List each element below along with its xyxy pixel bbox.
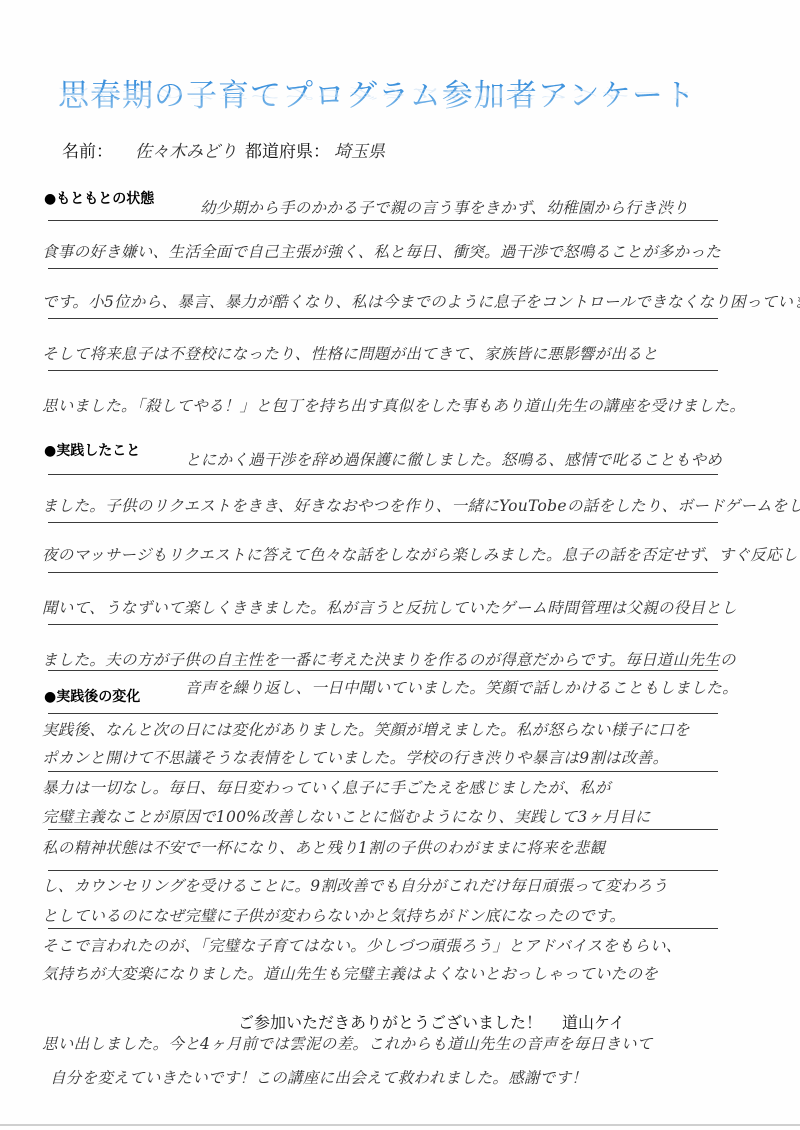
answer-line: ました。夫の方が子供の自主性を一番に考えた決まりを作るのが得意だからです。毎日道…: [42, 648, 736, 670]
section-label-after-practice: ●実践後の変化: [44, 686, 140, 706]
answer-line: ました。子供のリクエストをきき、好きなおやつを作り、一緒にYouTobeの話をし…: [42, 494, 800, 516]
name-label: 名前：: [62, 142, 113, 162]
answer-line: そこで言われたのが、「完璧な子育てはない。少しづつ頑張ろう」とアドバイスをもらい…: [42, 934, 682, 956]
answer-rule: [48, 771, 718, 772]
answer-line: 私の精神状態は不安で一杯になり、あと残り1割の子供のわがままに将来を悲観: [42, 836, 605, 858]
section-label-practice: ●実践したこと: [44, 440, 140, 460]
answer-line: ポカンと開けて不思議そうな表情をしていました。学校の行き渋りや暴言は9割は改善。: [42, 746, 668, 768]
answer-rule: [48, 713, 718, 714]
answer-line: です。小5位から、暴言、暴力が酷くなり、私は今までのように息子をコントロールでき…: [42, 290, 800, 312]
answer-line: とにかく過干渉を辞め過保護に徹しました。怒鳴る、感情で叱ることもやめ: [185, 448, 722, 470]
answer-rule: [48, 268, 718, 269]
answer-rule: [48, 870, 718, 871]
answer-rule: [48, 220, 718, 221]
answer-line: 思いました。「殺してやる！」と包丁を持ち出す真似をした事もあり道山先生の講座を受…: [42, 394, 745, 416]
title-reflection: 思春期の子育てプログラム参加者アンケート: [58, 84, 738, 104]
name-value: 佐々木みどり: [135, 142, 237, 162]
prefecture-label: 都道府県：: [245, 142, 330, 162]
answer-rule: [48, 928, 718, 929]
signature: 道山ケイ: [562, 1013, 625, 1032]
answer-line: 音声を繰り返し、一日中聞いていました。笑顔で話しかけることもしました。: [185, 676, 738, 698]
survey-page: 思春期の子育てプログラム参加者アンケート 思春期の子育てプログラム参加者アンケー…: [0, 0, 800, 1130]
answer-line: し、カウンセリングを受けることに。9割改善でも自分がこれだけ毎日頑張って変わろう: [42, 874, 668, 896]
answer-rule: [48, 670, 718, 671]
answer-rule: [48, 829, 718, 830]
answer-line: 気持ちが大変楽になりました。道山先生も完璧主義はよくないとおっしゃっていたのを: [42, 962, 658, 984]
answer-rule: [48, 370, 718, 371]
answer-rule: [48, 572, 718, 573]
answer-line: 夜のマッサージもリクエストに答えて色々な話をしながら楽しみました。息子の話を否定…: [42, 543, 800, 565]
page-edge: [0, 1124, 800, 1126]
respondent-info: 名前：佐々木みどり都道府県：埼玉県: [62, 137, 393, 162]
answer-line: 自分を変えていきたいです！この講座に出会えて救われました。感謝です！: [50, 1066, 587, 1088]
section-label-original-state: ●もともとの状態: [44, 188, 154, 208]
answer-line: 聞いて、うなずいて楽しくききました。私が言うと反抗していたゲーム時間管理は父親の…: [42, 596, 737, 618]
answer-line: 完璧主義なことが原因で100%改善しないことに悩むようになり、実践して3ヶ月目に: [42, 805, 651, 827]
thanks-message: ご参加いただきありがとうございました！道山ケイ: [238, 1010, 625, 1033]
prefecture-value: 埼玉県: [334, 142, 385, 162]
thanks-text: ご参加いただきありがとうございました！: [238, 1013, 542, 1032]
answer-rule: [48, 522, 718, 523]
answer-line: 実践後、なんと次の日には変化がありました。笑顔が増えました。私が怒らない様子に口…: [42, 718, 690, 740]
answer-line: 食事の好き嫌い、生活全面で自己主張が強く、私と毎日、衝突。過干渉で怒鳴ることが多…: [42, 240, 721, 262]
answer-line: 幼少期から手のかかる子で親の言う事をきかず、幼稚園から行き渋り: [200, 196, 689, 218]
answer-line: 思い出しました。今と4ヶ月前では雲泥の差。これからも道山先生の音声を毎日きいて: [42, 1032, 653, 1054]
answer-line: としているのになぜ完璧に子供が変わらないかと気持ちがドン底になったのです。: [42, 904, 625, 926]
answer-rule: [48, 318, 718, 319]
answer-line: そして将来息子は不登校になったり、性格に問題が出てきて、家族皆に悪影響が出ると: [42, 342, 658, 364]
answer-line: 暴力は一切なし。毎日、毎日変わっていく息子に手ごたえを感じましたが、私が: [42, 776, 611, 798]
answer-rule: [48, 624, 718, 625]
answer-rule: [48, 474, 718, 475]
